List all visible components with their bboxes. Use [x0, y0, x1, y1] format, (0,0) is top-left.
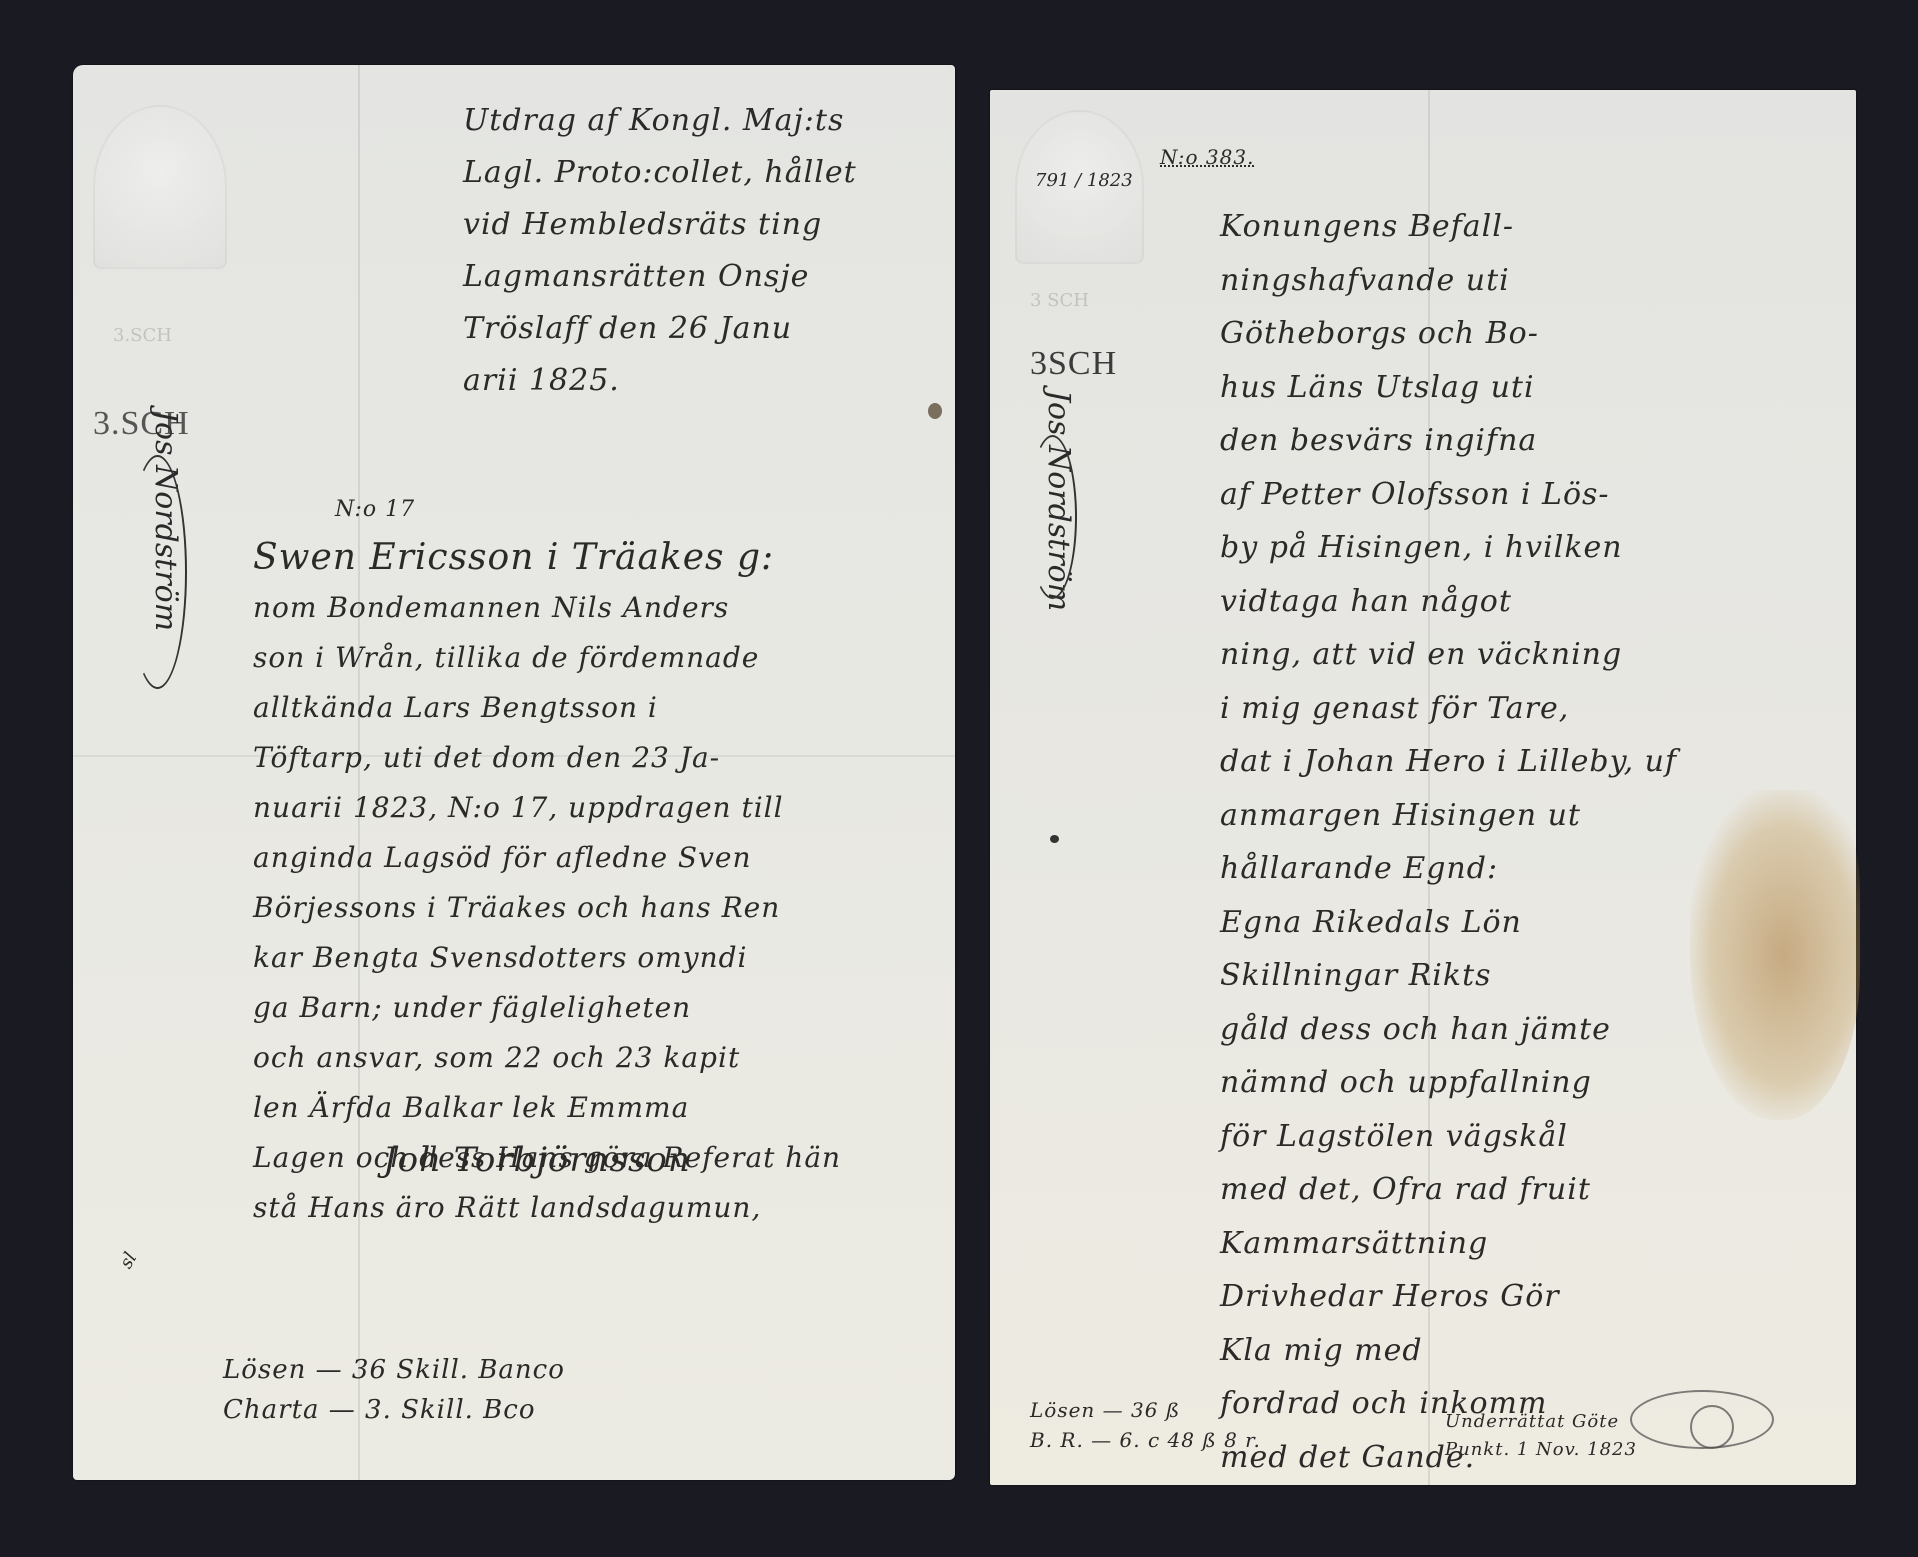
- body-line: Götheborgs och Bo-: [1220, 307, 1677, 361]
- body-line: Kla mig med: [1220, 1324, 1677, 1378]
- signature-flourish: [1690, 1405, 1734, 1449]
- body-line: kar Bengta Svensdotters omyndi: [253, 933, 841, 983]
- body-line: stå Hans äro Rätt landsdagumun,: [253, 1183, 841, 1233]
- body-line: och ansvar, som 22 och 23 kapit: [253, 1033, 841, 1083]
- body-line: Skillningar Rikts: [1220, 949, 1677, 1003]
- body-line: hållarande Egnd:: [1220, 842, 1677, 896]
- header-line: arii 1825.: [463, 355, 857, 407]
- body-line: Töftarp, uti det dom den 23 Ja-: [253, 733, 841, 783]
- body-line: i mig genast för Tare,: [1220, 682, 1677, 736]
- body-line: nom Bondemannen Nils Anders: [253, 583, 841, 633]
- body-line: ningshafvande uti: [1220, 254, 1677, 308]
- footer-line: Lösen — 36 Skill. Banco: [223, 1350, 565, 1390]
- signature: Joh Torbjörnsson: [383, 1140, 691, 1180]
- water-stain: [1690, 790, 1860, 1120]
- header-line: vid Hembledsräts ting: [463, 199, 857, 251]
- body-line: vidtaga han något: [1220, 575, 1677, 629]
- header-line: Tröslaff den 26 Janu: [463, 303, 857, 355]
- footer-line: Punkt. 1 Nov. 1823: [1445, 1436, 1637, 1464]
- body-line: anmargen Hisingen ut: [1220, 789, 1677, 843]
- body-line: gåld dess och han jämte: [1220, 1003, 1677, 1057]
- body-line: Kammarsättning: [1220, 1217, 1677, 1271]
- body-block: Konungens Befall- ningshafvande uti Göth…: [1220, 200, 1677, 1484]
- body-line: Börjessons i Träakes och hans Ren: [253, 883, 841, 933]
- number-label: N:o 17: [335, 497, 415, 522]
- body-line: Drivhedar Heros Gör: [1220, 1270, 1677, 1324]
- body-line: Swen Ericsson i Träakes g:: [253, 533, 841, 583]
- header-block: Utdrag af Kongl. Maj:ts Lagl. Proto:coll…: [463, 95, 857, 407]
- body-line: nämnd och uppfallning: [1220, 1056, 1677, 1110]
- footer-line: Lösen — 36 ß: [1030, 1395, 1261, 1425]
- body-line: son i Wrån, tillika de fördemnade: [253, 633, 841, 683]
- signature-flourish: [128, 455, 187, 689]
- body-line: för Lagstölen vägskål: [1220, 1110, 1677, 1164]
- margin-mark: sl: [116, 1249, 142, 1272]
- body-line: len Ärfda Balkar lek Emmma: [253, 1083, 841, 1133]
- body-line: ning, att vid en väckning: [1220, 628, 1677, 682]
- ink-spot: [1050, 835, 1059, 843]
- body-line: hus Läns Utslag uti: [1220, 361, 1677, 415]
- body-line: alltkända Lars Bengtsson i: [253, 683, 841, 733]
- body-line: den besvärs ingifna: [1220, 414, 1677, 468]
- number-label: N:o 383.: [1160, 145, 1254, 169]
- header-line: Lagmansrätten Onsje: [463, 251, 857, 303]
- body-line: Konungens Befall-: [1220, 200, 1677, 254]
- embossed-stamp-label: 3.SCH: [113, 325, 172, 346]
- body-line: Egna Rikedals Lön: [1220, 896, 1677, 950]
- footer-fees: Lösen — 36 ß B. R. — 6. c 48 ß 8 r.: [1030, 1395, 1261, 1455]
- body-line: anginda Lagsöd för afledne Sven: [253, 833, 841, 883]
- footer-line: Underrättat Göte: [1445, 1408, 1637, 1436]
- signature-flourish: [1028, 435, 1077, 599]
- body-line: dat i Johan Hero i Lilleby, uf: [1220, 735, 1677, 789]
- left-document: 3.SCH 3.SCH Jos Nordström Utdrag af Kong…: [73, 65, 955, 1480]
- body-line: med det, Ofra rad fruit: [1220, 1163, 1677, 1217]
- reference-number: 791 / 1823: [1035, 172, 1133, 190]
- footer-line: Charta — 3. Skill. Bco: [223, 1390, 565, 1430]
- footer-block: Lösen — 36 Skill. Banco Charta — 3. Skil…: [223, 1350, 565, 1430]
- body-line: ga Barn; under fägleligheten: [253, 983, 841, 1033]
- embossed-seal: [93, 105, 227, 269]
- body-line: nuarii 1823, N:o 17, uppdragen till: [253, 783, 841, 833]
- footer-line: B. R. — 6. c 48 ß 8 r.: [1030, 1425, 1261, 1455]
- body-block: Swen Ericsson i Träakes g: nom Bondemann…: [253, 533, 841, 1233]
- body-line: by på Hisingen, i hvilken: [1220, 521, 1677, 575]
- header-line: Utdrag af Kongl. Maj:ts: [463, 95, 857, 147]
- ink-spot: [928, 403, 942, 419]
- body-line: af Petter Olofsson i Lös-: [1220, 468, 1677, 522]
- right-document: 3 SCH 791 / 1823 N:o 383. 3SCH Jos Nords…: [990, 90, 1856, 1485]
- footer-annotation: Underrättat Göte Punkt. 1 Nov. 1823: [1445, 1408, 1637, 1464]
- embossed-stamp-label: 3 SCH: [1030, 290, 1089, 311]
- printed-stamp: 3SCH: [1030, 345, 1117, 383]
- header-line: Lagl. Proto:collet, hållet: [463, 147, 857, 199]
